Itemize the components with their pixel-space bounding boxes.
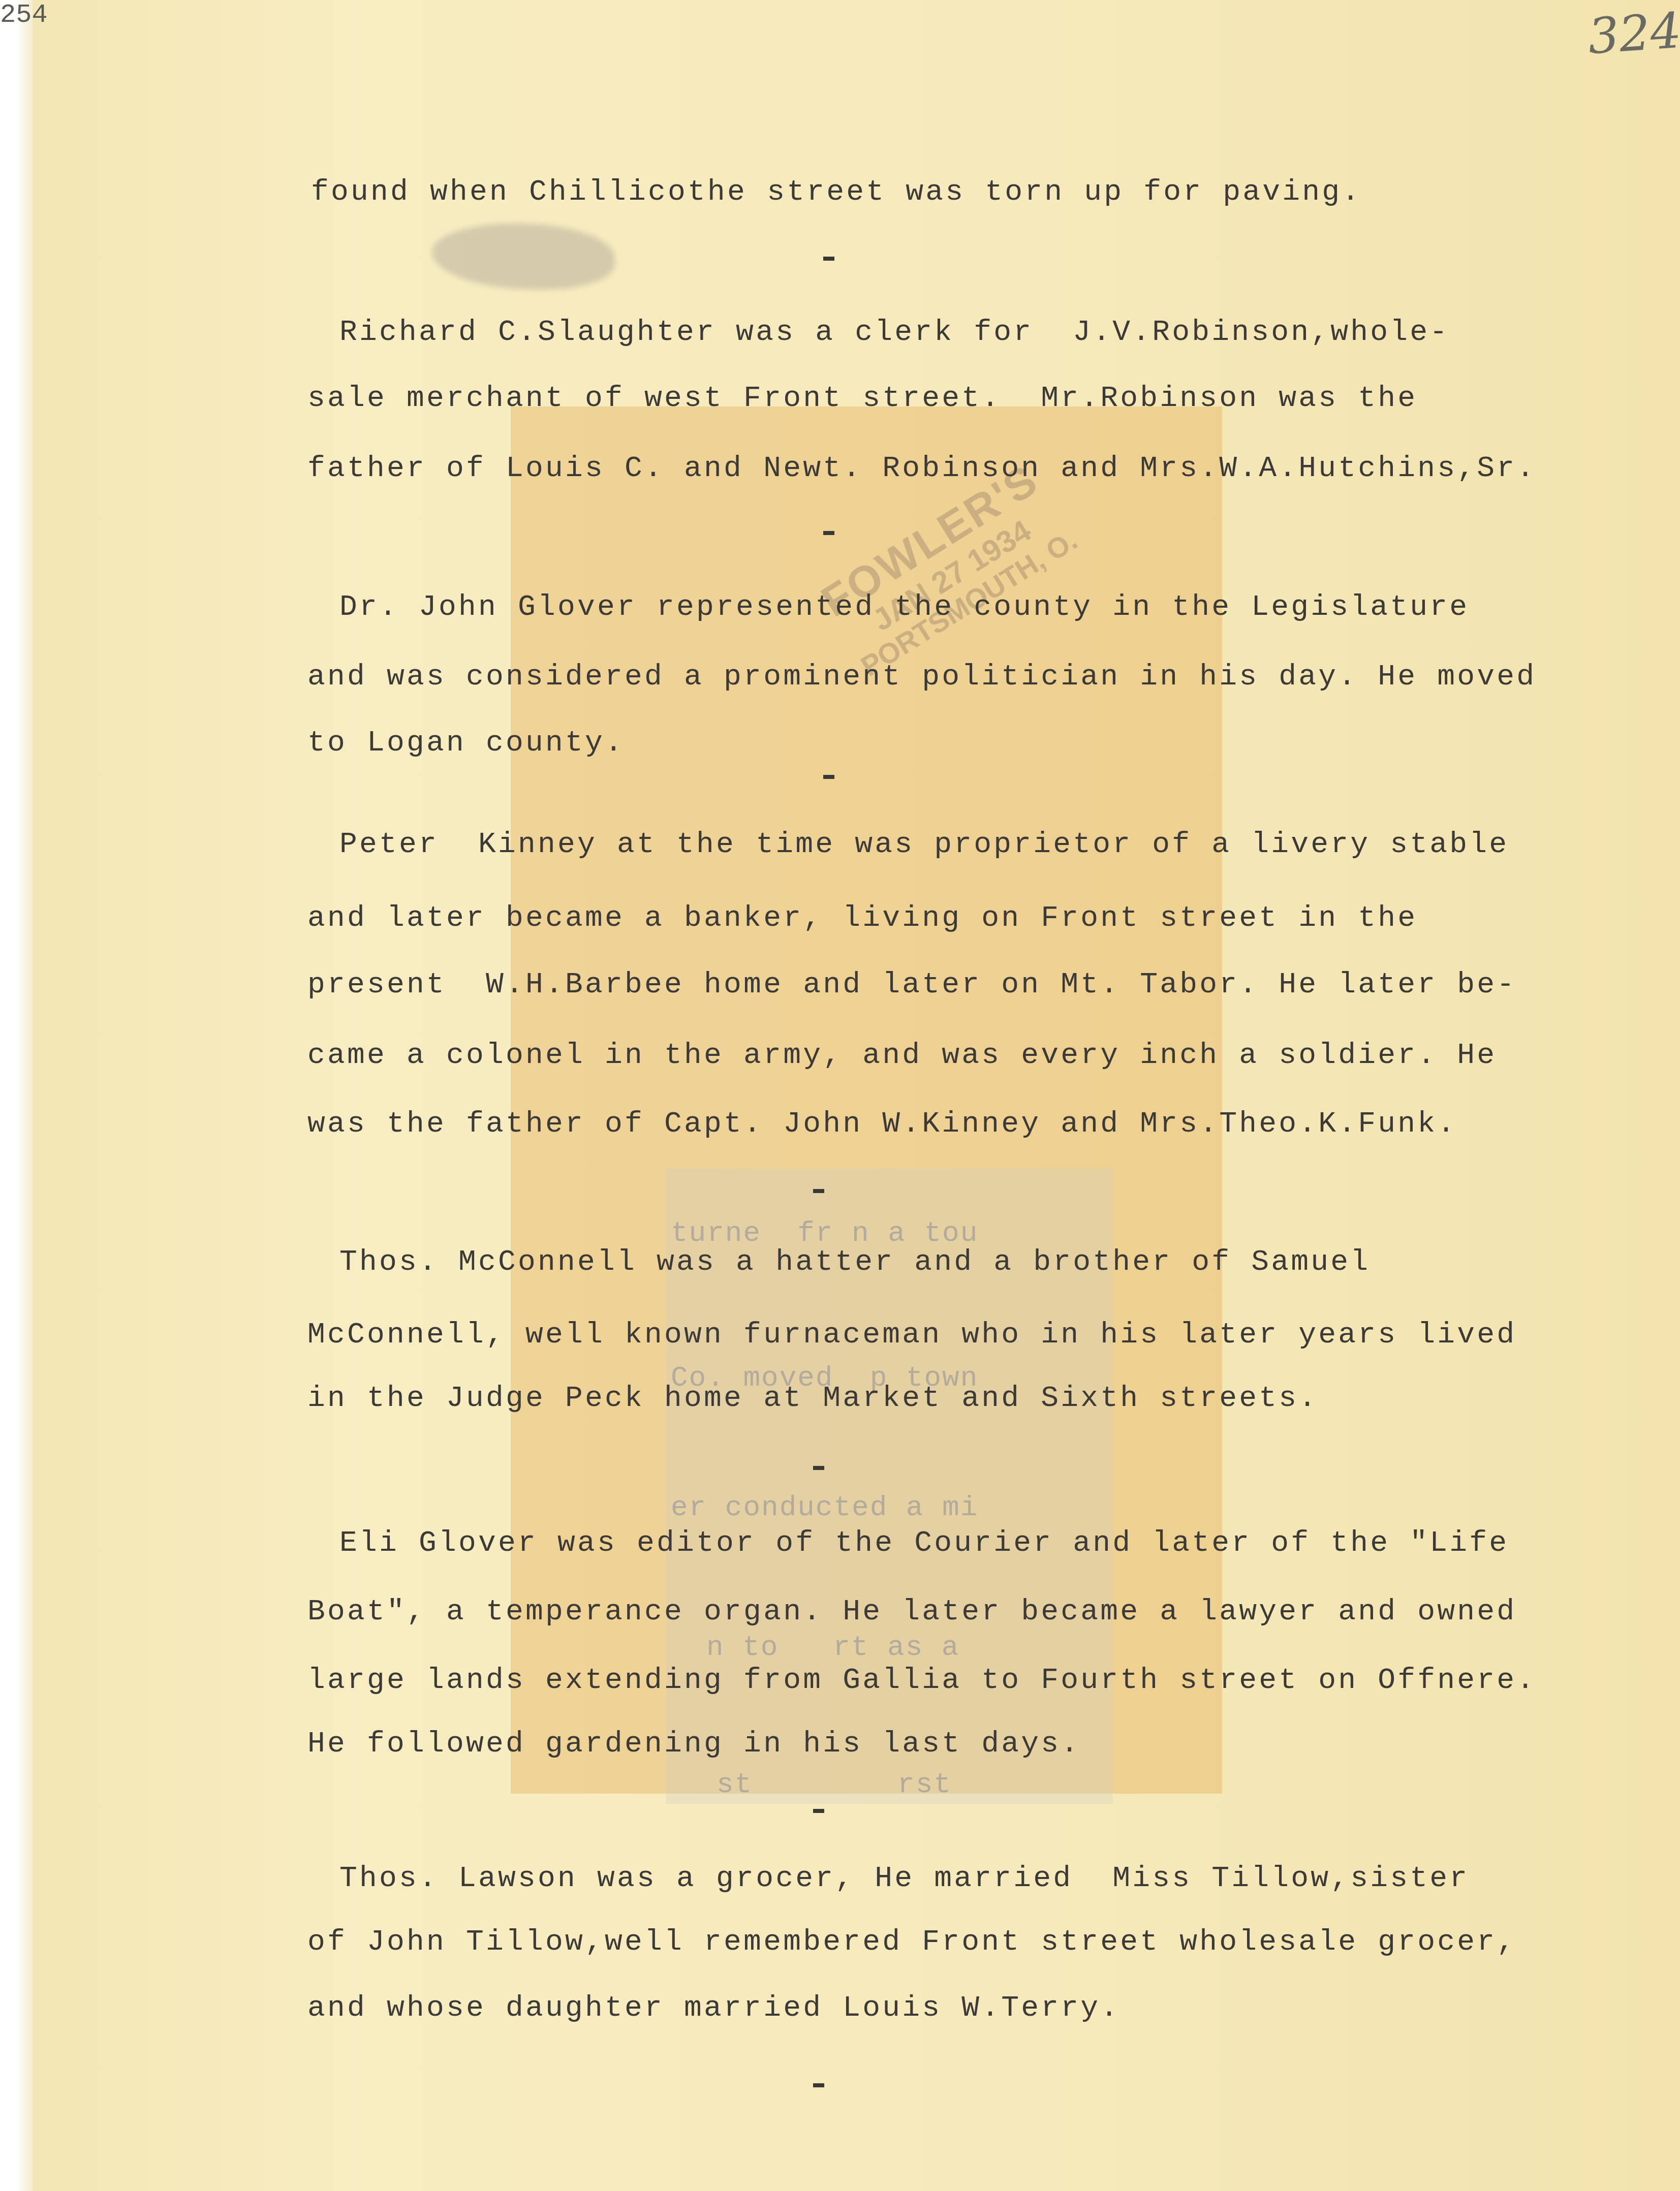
separator-dash	[813, 1809, 824, 1813]
page-number: 254	[0, 0, 48, 30]
text-line: He followed gardening in his last days.	[307, 1728, 1080, 1761]
separator-dash	[813, 2083, 824, 2087]
text-line: was the father of Capt. John W.Kinney an…	[307, 1108, 1457, 1141]
separator-dash	[823, 531, 834, 535]
separator-dash	[813, 1466, 824, 1470]
text-line: Peter Kinney at the time was proprietor …	[300, 828, 1509, 861]
text-line: to Logan county.	[307, 727, 625, 760]
text-line: large lands extending from Gallia to Fou…	[307, 1664, 1536, 1697]
separator-dash	[813, 1189, 824, 1193]
show-through-text: n to rt as a	[706, 1631, 959, 1664]
text-line: and whose daughter married Louis W.Terry…	[307, 1992, 1120, 2025]
text-line: father of Louis C. and Newt. Robinson an…	[307, 452, 1536, 485]
separator-dash	[823, 257, 834, 261]
text-line: Thos. Lawson was a grocer, He married Mi…	[300, 1862, 1469, 1895]
text-line: of John Tillow,well remembered Front str…	[307, 1926, 1516, 1959]
separator-dash	[823, 775, 834, 779]
text-line: and later became a banker, living on Fro…	[307, 902, 1417, 935]
text-line: Dr. John Glover represented the county i…	[300, 591, 1469, 624]
text-line: Boat", a temperance organ. He later beca…	[307, 1595, 1516, 1629]
text-line: Thos. McConnell was a hatter and a broth…	[300, 1246, 1370, 1279]
text-line: found when Chillicothe street was torn u…	[311, 176, 1361, 209]
handwritten-folio-number: 324	[1586, 2, 1680, 66]
text-line: and was considered a prominent politicia…	[307, 661, 1536, 694]
text-line: Richard C.Slaughter was a clerk for J.V.…	[300, 316, 1449, 349]
text-line: sale merchant of west Front street. Mr.R…	[307, 382, 1417, 415]
paper-edge	[15, 0, 33, 2191]
text-line: in the Judge Peck home at Market and Six…	[307, 1382, 1318, 1415]
smudge-stain	[432, 224, 615, 290]
text-line: present W.H.Barbee home and later on Mt.…	[307, 968, 1516, 1001]
text-line: McConnell, well known furnaceman who in …	[307, 1319, 1516, 1352]
show-through-text: er conducted a mi	[671, 1491, 978, 1524]
text-line: Eli Glover was editor of the Courier and…	[300, 1527, 1509, 1560]
show-through-text: turne fr n a tou	[671, 1217, 978, 1249]
text-line: came a colonel in the army, and was ever…	[307, 1039, 1497, 1072]
show-through-text: st rst	[717, 1768, 952, 1801]
